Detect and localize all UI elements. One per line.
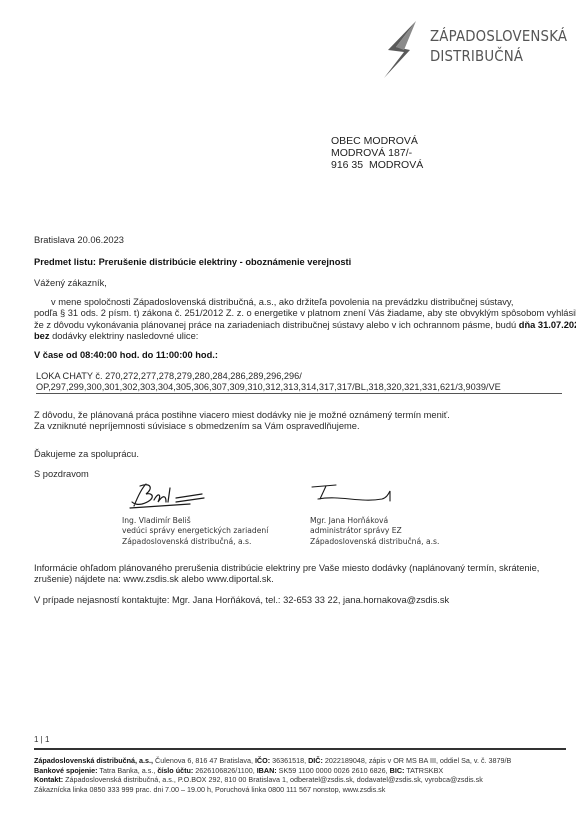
footer-hotline-line: Zákaznícka linka 0850 333 999 prac. dni …	[34, 785, 511, 795]
paragraph-line: že z dôvodu vykonávania plánovanej práce…	[34, 320, 576, 331]
contact-line: V prípade nejasností kontaktujte: Mgr. J…	[34, 595, 449, 606]
streets-line: LOKA CHATY č. 270,272,277,278,279,280,28…	[36, 371, 501, 382]
outage-date: dňa 31.07.2023	[519, 320, 576, 330]
recipient-city: 916 35 MODROVÁ	[331, 159, 423, 171]
text: TATRSKBX	[404, 766, 443, 775]
footer-divider	[34, 748, 566, 750]
signatory-company: Západoslovenská distribučná, a.s.	[122, 537, 268, 547]
text: 36361518,	[270, 756, 308, 765]
streets-line: OP,297,299,300,301,302,303,304,305,306,3…	[36, 382, 501, 393]
text-bold: BIC:	[390, 766, 405, 775]
letter-subject: Predmet listu: Prerušenie distribúcie el…	[34, 257, 351, 268]
divider	[36, 393, 562, 394]
outage-time-range: V čase od 08:40:00 hod. do 11:00:00 hod.…	[34, 350, 218, 361]
paragraph-line: Z dôvodu, že plánovaná práca postihne vi…	[34, 410, 450, 421]
paragraph-line: v mene spoločnosti Západoslovenská distr…	[34, 297, 576, 308]
signature-scribble	[120, 480, 210, 512]
affected-streets: LOKA CHATY č. 270,272,277,278,279,280,28…	[36, 371, 501, 393]
text: Západoslovenská distribučná, a.s., P.O.B…	[63, 775, 483, 784]
info-paragraph: Informácie ohľadom plánovaného prerušeni…	[34, 563, 539, 586]
text-bold: DIČ:	[308, 756, 323, 765]
paragraph-line: podľa § 31 ods. 2 písm. t) zákona č. 251…	[34, 308, 576, 319]
text-bold: IČO:	[255, 756, 270, 765]
text-bold: číslo účtu:	[157, 766, 193, 775]
text: dodávky elektriny nasledovné ulice:	[50, 331, 199, 341]
footer-contact-line: Kontakt: Západoslovenská distribučná, a.…	[34, 775, 511, 785]
recipient-street: MODROVÁ 187/-	[331, 147, 423, 159]
signatory-1: Ing. Vladimír Beliš vedúci správy energe…	[122, 516, 268, 547]
signatory-2: Mgr. Jana Horňáková administrátor správy…	[310, 516, 439, 547]
signature-scribble	[310, 481, 395, 509]
signatory-role: vedúci správy energetických zariadení	[122, 526, 268, 536]
text: SK59 1100 0000 0026 2610 6826,	[277, 766, 390, 775]
text-bold: Západoslovenská distribučná, a.s.,	[34, 756, 153, 765]
thanks-line: Ďakujeme za spoluprácu.	[34, 449, 139, 460]
text: že z dôvodu vykonávania plánovanej práce…	[34, 320, 519, 330]
text: 2022189048, zápis v OR MS BA III, oddiel…	[323, 756, 511, 765]
logo-text: ZÁPADOSLOVENSKÁ DISTRIBUČNÁ	[430, 26, 567, 66]
footer-bank-line: Bankové spojenie: Tatra Banka, a.s., čís…	[34, 766, 511, 776]
text: Tatra Banka, a.s.,	[98, 766, 158, 775]
text-bold: Kontakt:	[34, 775, 63, 784]
signatory-role: administrátor správy EZ	[310, 526, 439, 536]
text-bold: bez	[34, 331, 50, 341]
paragraph-line: bez dodávky elektriny nasledovné ulice:	[34, 331, 576, 342]
text-bold: Bankové spojenie:	[34, 766, 98, 775]
logo-line-1: ZÁPADOSLOVENSKÁ	[430, 26, 567, 46]
logo-line-2: DISTRIBUČNÁ	[430, 46, 567, 66]
signatory-name: Ing. Vladimír Beliš	[122, 516, 268, 526]
regards-line: S pozdravom	[34, 469, 89, 480]
text-bold: IBAN:	[257, 766, 277, 775]
recipient-name: OBEC MODROVÁ	[331, 135, 423, 147]
paragraph-line: zrušenie) nájdete na: www.zsdis.sk alebo…	[34, 574, 539, 585]
signatory-company: Západoslovenská distribučná, a.s.	[310, 537, 439, 547]
footer: Západoslovenská distribučná, a.s., Čulen…	[34, 756, 511, 794]
salutation: Vážený zákazník,	[34, 278, 107, 289]
lightning-bolt-icon	[380, 20, 424, 78]
paragraph-line: Za vzniknuté nepríjemnosti súvisiace s o…	[34, 421, 450, 432]
paragraph-line: Informácie ohľadom plánovaného prerušeni…	[34, 563, 539, 574]
recipient-address: OBEC MODROVÁ MODROVÁ 187/- 916 35 MODROV…	[331, 135, 423, 171]
text: Čulenova 6, 816 47 Bratislava,	[153, 756, 255, 765]
footer-company-line: Západoslovenská distribučná, a.s., Čulen…	[34, 756, 511, 766]
paragraph-apology: Z dôvodu, že plánovaná práca postihne vi…	[34, 410, 450, 433]
place-date: Bratislava 20.06.2023	[34, 235, 124, 246]
company-logo: ZÁPADOSLOVENSKÁ DISTRIBUČNÁ	[380, 18, 570, 80]
text: 2626106826/1100,	[193, 766, 256, 775]
paragraph-intro: v mene spoločnosti Západoslovenská distr…	[34, 297, 576, 343]
page-number: 1 | 1	[34, 735, 49, 744]
signatory-name: Mgr. Jana Horňáková	[310, 516, 439, 526]
